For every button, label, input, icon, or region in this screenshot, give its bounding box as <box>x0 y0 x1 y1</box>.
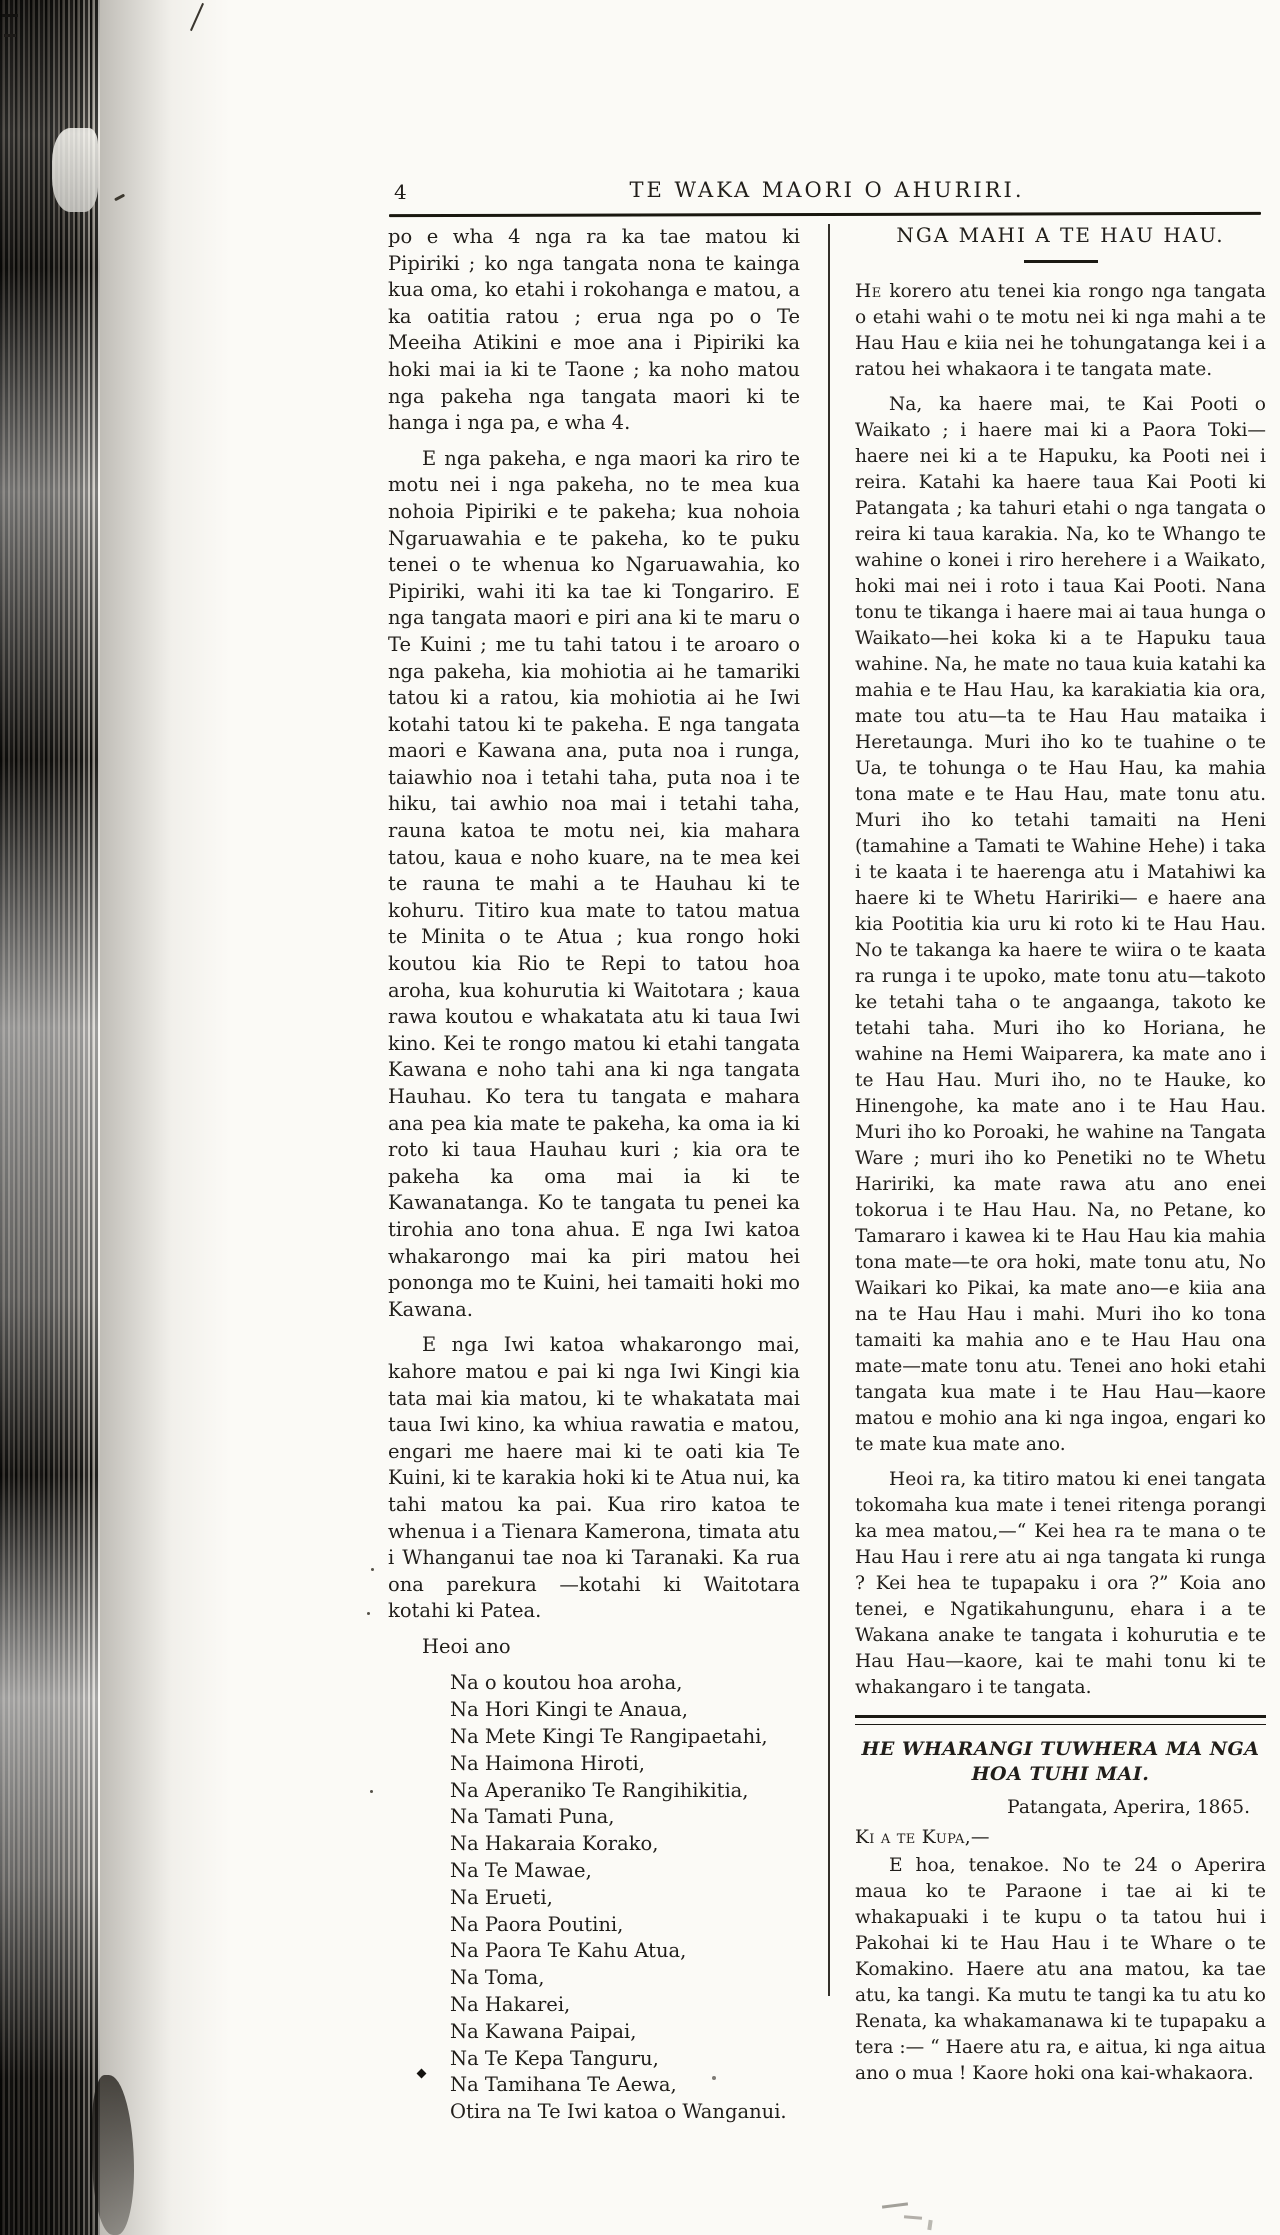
letters-title-line2: HOA TUHI MAI. <box>972 1763 1150 1785</box>
signature-line: Na Mete Kingi Te Rangipaetahi, <box>450 1724 800 1751</box>
signature-line: Na Toma, <box>450 1965 800 1992</box>
signature-list: Na o koutou hoa aroha, Na Hori Kingi te … <box>450 1670 800 2126</box>
paragraph: E hoa, tenakoe. No te 24 o Aperira maua … <box>855 1853 1266 2087</box>
signature-line: Na Tamati Puna, <box>450 1804 800 1831</box>
right-column: NGA MAHI A TE HAU HAU. He korero atu ten… <box>855 220 1266 2096</box>
ink-dot <box>370 1790 373 1793</box>
ink-dot <box>371 1568 374 1571</box>
article-title: NGA MAHI A TE HAU HAU. <box>855 222 1266 248</box>
scan-light-notch <box>52 128 98 212</box>
signature-line: Na Tamihana Te Aewa, <box>450 2072 800 2099</box>
signature-line: Na Hori Kingi te Anaua, <box>450 1697 800 1724</box>
signature-line: Na Hakaraia Korako, <box>450 1831 800 1858</box>
left-column: po e wha 4 nga ra ka tae matou ki Pipiri… <box>388 224 800 2126</box>
page-header: 4 TE WAKA MAORI O AHURIRI. <box>388 178 1266 210</box>
paragraph: E nga Iwi katoa whakarongo mai, kahore m… <box>388 1332 800 1625</box>
corner-smudge <box>882 2202 908 2208</box>
salutation: Ki a te Kupa,— <box>855 1825 1266 1851</box>
gutter-shadow <box>100 0 230 2235</box>
corner-smudge <box>904 2215 922 2220</box>
ink-dot <box>367 1612 370 1615</box>
signature-line: Na Paora Poutini, <box>450 1912 800 1939</box>
section-rule <box>1024 260 1098 263</box>
ink-dash <box>4 34 16 37</box>
lead-word: He <box>855 281 882 302</box>
ink-dash <box>2 14 18 17</box>
signoff: Heoi ano <box>388 1634 800 1661</box>
signature-line: Na o koutou hoa aroha, <box>450 1670 800 1697</box>
signature-line: Otira na Te Iwi katoa o Wanganui. <box>450 2099 800 2126</box>
header-rule <box>389 212 1261 217</box>
paragraph-text: korero atu tenei kia rongo nga tangata o… <box>855 281 1266 380</box>
paragraph: He korero atu tenei kia rongo nga tangat… <box>855 279 1266 383</box>
signature-line: Na Hakarei, <box>450 1992 800 2019</box>
signature-line: Na Aperaniko Te Rangihikitia, <box>450 1778 800 1805</box>
paragraph: po e wha 4 nga ra ka tae matou ki Pipiri… <box>388 224 800 437</box>
column-divider-rule <box>828 224 830 1996</box>
corner-smudge <box>927 2220 932 2230</box>
signature-line: Na Paora Te Kahu Atua, <box>450 1938 800 1965</box>
signature-line: Na Kawana Paipai, <box>450 2019 800 2046</box>
dateline: Patangata, Aperira, 1865. <box>855 1795 1266 1821</box>
paragraph: Heoi ra, ka titiro matou ki enei tangata… <box>855 1467 1266 1701</box>
signature-line: Na Erueti, <box>450 1885 800 1912</box>
signature-line: Na Haimona Hiroti, <box>450 1751 800 1778</box>
masthead-title: TE WAKA MAORI O AHURIRI. <box>388 178 1266 202</box>
signature-line: Na Te Kepa Tanguru, <box>450 2046 800 2073</box>
double-rule <box>855 1715 1266 1725</box>
paragraph: E nga pakeha, e nga maori ka riro te mot… <box>388 446 800 1324</box>
signature-line: Na Te Mawae, <box>450 1858 800 1885</box>
paragraph: Na, ka haere mai, te Kai Pooti o Waikato… <box>855 392 1266 1458</box>
letters-page-title: HE WHARANGI TUWHERA MA NGAHOA TUHI MAI. <box>855 1737 1266 1787</box>
letters-title-line1: HE WHARANGI TUWHERA MA NGA <box>861 1738 1259 1760</box>
scan-gutter-artifact <box>0 0 100 2235</box>
